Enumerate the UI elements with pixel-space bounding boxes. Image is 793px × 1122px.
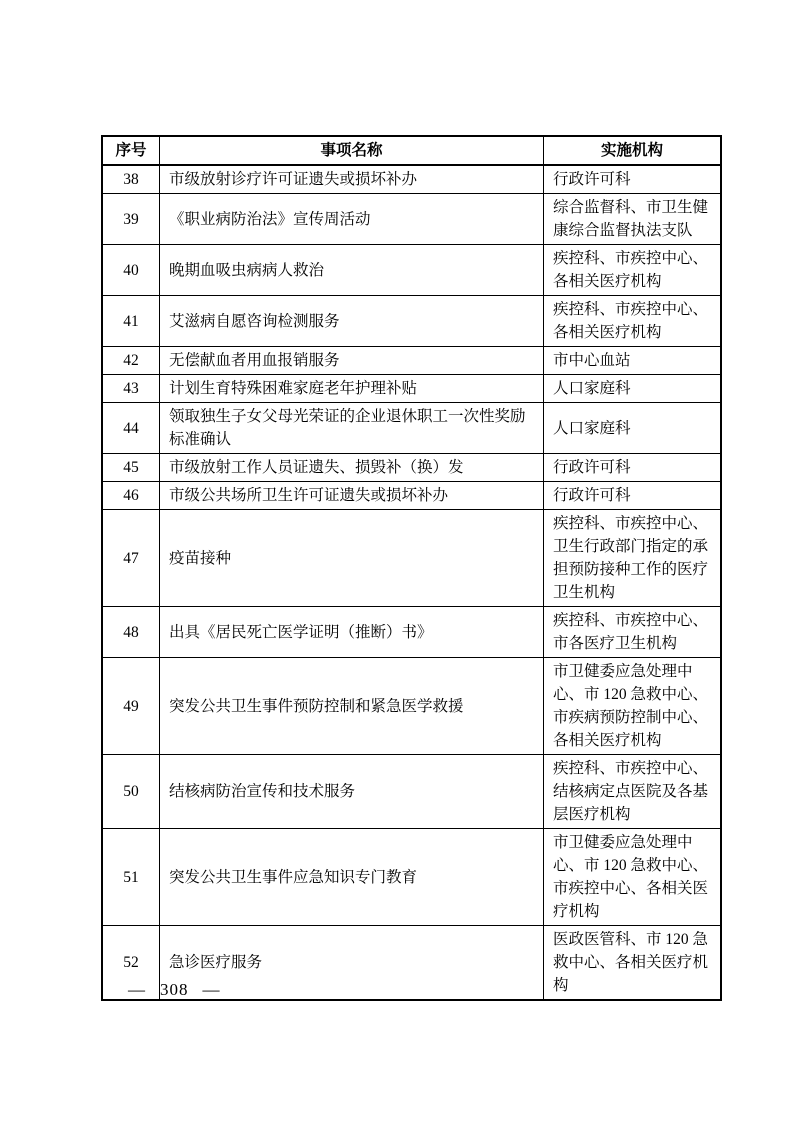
cell-agency: 疾控科、市疾控中心、各相关医疗机构 bbox=[544, 296, 722, 347]
cell-agency: 医政医管科、市 120 急救中心、各相关医疗机构 bbox=[544, 926, 722, 1001]
cell-name: 《职业病防治法》宣传周活动 bbox=[160, 194, 544, 245]
table-row: 51突发公共卫生事件应急知识专门教育市卫健委应急处理中心、市 120 急救中心、… bbox=[102, 829, 721, 926]
table-body: 38市级放射诊疗许可证遗失或损坏补办行政许可科39《职业病防治法》宣传周活动综合… bbox=[102, 165, 721, 1000]
document-page: 序号 事项名称 实施机构 38市级放射诊疗许可证遗失或损坏补办行政许可科39《职… bbox=[0, 0, 793, 1122]
cell-name: 突发公共卫生事件应急知识专门教育 bbox=[160, 829, 544, 926]
table-row: 49突发公共卫生事件预防控制和紧急医学救援市卫健委应急处理中心、市 120 急救… bbox=[102, 658, 721, 755]
cell-agency: 市中心血站 bbox=[544, 347, 722, 375]
cell-no: 46 bbox=[102, 482, 160, 510]
table-header: 序号 事项名称 实施机构 bbox=[102, 136, 721, 165]
cell-agency: 疾控科、市疾控中心、结核病定点医院及各基层医疗机构 bbox=[544, 755, 722, 829]
table-row: 38市级放射诊疗许可证遗失或损坏补办行政许可科 bbox=[102, 165, 721, 194]
cell-no: 45 bbox=[102, 454, 160, 482]
cell-no: 47 bbox=[102, 510, 160, 607]
page-number: 308 bbox=[160, 980, 189, 1000]
cell-no: 43 bbox=[102, 375, 160, 403]
table-row: 46市级公共场所卫生许可证遗失或损坏补办行政许可科 bbox=[102, 482, 721, 510]
page-footer: — 308 — bbox=[128, 980, 221, 1000]
table-row: 44领取独生子女父母光荣证的企业退休职工一次性奖励标准确认人口家庭科 bbox=[102, 403, 721, 454]
cell-name: 疫苗接种 bbox=[160, 510, 544, 607]
footer-right-dash: — bbox=[203, 980, 221, 1000]
cell-no: 50 bbox=[102, 755, 160, 829]
table-row: 47疫苗接种疾控科、市疾控中心、卫生行政部门指定的承担预防接种工作的医疗卫生机构 bbox=[102, 510, 721, 607]
cell-no: 40 bbox=[102, 245, 160, 296]
cell-no: 42 bbox=[102, 347, 160, 375]
cell-name: 无偿献血者用血报销服务 bbox=[160, 347, 544, 375]
cell-no: 49 bbox=[102, 658, 160, 755]
cell-agency: 人口家庭科 bbox=[544, 375, 722, 403]
table-row: 50结核病防治宣传和技术服务疾控科、市疾控中心、结核病定点医院及各基层医疗机构 bbox=[102, 755, 721, 829]
col-header-name: 事项名称 bbox=[160, 136, 544, 165]
cell-name: 市级公共场所卫生许可证遗失或损坏补办 bbox=[160, 482, 544, 510]
cell-agency: 疾控科、市疾控中心、卫生行政部门指定的承担预防接种工作的医疗卫生机构 bbox=[544, 510, 722, 607]
cell-agency: 综合监督科、市卫生健康综合监督执法支队 bbox=[544, 194, 722, 245]
header-row: 序号 事项名称 实施机构 bbox=[102, 136, 721, 165]
cell-name: 晚期血吸虫病病人救治 bbox=[160, 245, 544, 296]
cell-no: 48 bbox=[102, 607, 160, 658]
cell-agency: 疾控科、市疾控中心、各相关医疗机构 bbox=[544, 245, 722, 296]
cell-no: 39 bbox=[102, 194, 160, 245]
cell-agency: 行政许可科 bbox=[544, 454, 722, 482]
cell-agency: 市卫健委应急处理中心、市 120 急救中心、市疾病预防控制中心、各相关医疗机构 bbox=[544, 658, 722, 755]
cell-name: 出具《居民死亡医学证明（推断）书》 bbox=[160, 607, 544, 658]
table-row: 42无偿献血者用血报销服务市中心血站 bbox=[102, 347, 721, 375]
cell-name: 突发公共卫生事件预防控制和紧急医学救援 bbox=[160, 658, 544, 755]
cell-name: 领取独生子女父母光荣证的企业退休职工一次性奖励标准确认 bbox=[160, 403, 544, 454]
cell-name: 市级放射诊疗许可证遗失或损坏补办 bbox=[160, 165, 544, 194]
cell-no: 44 bbox=[102, 403, 160, 454]
table-row: 40晚期血吸虫病病人救治疾控科、市疾控中心、各相关医疗机构 bbox=[102, 245, 721, 296]
cell-agency: 行政许可科 bbox=[544, 482, 722, 510]
table-row: 43计划生育特殊困难家庭老年护理补贴人口家庭科 bbox=[102, 375, 721, 403]
table-row: 39《职业病防治法》宣传周活动综合监督科、市卫生健康综合监督执法支队 bbox=[102, 194, 721, 245]
table-row: 45市级放射工作人员证遗失、损毁补（换）发行政许可科 bbox=[102, 454, 721, 482]
table-row: 48出具《居民死亡医学证明（推断）书》疾控科、市疾控中心、市各医疗卫生机构 bbox=[102, 607, 721, 658]
cell-no: 38 bbox=[102, 165, 160, 194]
cell-agency: 市卫健委应急处理中心、市 120 急救中心、市疾控中心、各相关医疗机构 bbox=[544, 829, 722, 926]
cell-agency: 人口家庭科 bbox=[544, 403, 722, 454]
col-header-agency: 实施机构 bbox=[544, 136, 722, 165]
cell-name: 市级放射工作人员证遗失、损毁补（换）发 bbox=[160, 454, 544, 482]
cell-name: 结核病防治宣传和技术服务 bbox=[160, 755, 544, 829]
items-table: 序号 事项名称 实施机构 38市级放射诊疗许可证遗失或损坏补办行政许可科39《职… bbox=[101, 135, 722, 1001]
cell-agency: 行政许可科 bbox=[544, 165, 722, 194]
cell-name: 艾滋病自愿咨询检测服务 bbox=[160, 296, 544, 347]
col-header-no: 序号 bbox=[102, 136, 160, 165]
cell-agency: 疾控科、市疾控中心、市各医疗卫生机构 bbox=[544, 607, 722, 658]
table-row: 41艾滋病自愿咨询检测服务疾控科、市疾控中心、各相关医疗机构 bbox=[102, 296, 721, 347]
cell-no: 41 bbox=[102, 296, 160, 347]
cell-no: 51 bbox=[102, 829, 160, 926]
footer-left-dash: — bbox=[128, 980, 146, 1000]
cell-name: 计划生育特殊困难家庭老年护理补贴 bbox=[160, 375, 544, 403]
